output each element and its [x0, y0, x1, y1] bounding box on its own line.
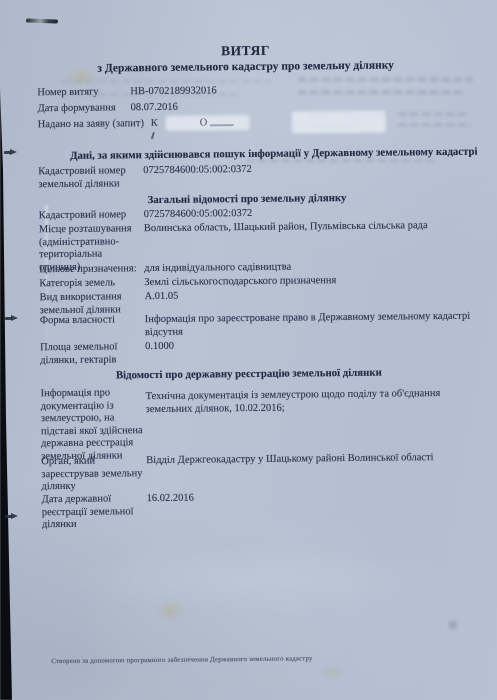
field-label: Кадастровий номер: [39, 209, 142, 223]
field-value: 0725784600:05:002:0372: [143, 162, 475, 178]
field-value: Відділ Держгеокадастру у Шацькому районі…: [146, 452, 478, 468]
field-label: Форма власності: [40, 314, 143, 328]
meta-fields: Номер витягу НВ-0702189932016 Дата форму…: [37, 83, 477, 136]
redacted-name-fragment: О: [200, 117, 208, 130]
field-value: НВ-0702189932016: [130, 85, 217, 102]
field-label: Кадастровий номер земельної ділянки: [38, 165, 141, 191]
field-value: 0.1000: [145, 338, 477, 354]
document-content: ВИТЯГ з Державного земельного кадастру п…: [0, 0, 497, 700]
field-value: Волинська область, Шацький район, Пульмі…: [144, 220, 476, 236]
redaction-scribble: [210, 124, 234, 126]
field-value: А.01.05: [144, 288, 476, 304]
redaction-patch: [292, 111, 386, 134]
field-label: Дата формування: [38, 102, 131, 119]
field-label: Площа земельної ділянки, гектарів: [40, 341, 143, 367]
field-label: Цільове призначення:: [39, 263, 149, 277]
document-subtitle: з Державного земельного кадастру про зем…: [0, 58, 494, 76]
section-heading-search-data: Дані, за якими здійснювався пошук інформ…: [70, 146, 478, 163]
photo-of-document: ВИТЯГ з Державного земельного кадастру п…: [0, 0, 497, 700]
redacted-name-fragment: К: [151, 118, 158, 131]
section-heading-state-registration: Відомості про державну реєстрацію земель…: [0, 365, 497, 383]
field-row-cadastral-number-search: Кадастровий номер земельної ділянки 0725…: [38, 162, 478, 167]
field-label: Дата державної реєстрації земельної діля…: [42, 493, 145, 532]
document-title: ВИТЯГ: [0, 42, 494, 60]
field-row-area: Площа земельної ділянки, гектарів 0.1000: [40, 338, 480, 343]
field-row-documentation: Інформація про документацію із землеустр…: [40, 384, 480, 389]
pen-tick-mark: [151, 132, 155, 139]
field-label: Номер витягу: [37, 86, 130, 103]
field-label: Інформація про документацію із землеустр…: [40, 387, 144, 463]
field-label: Категорія земель: [39, 277, 142, 291]
field-value: Інформація про зареєстроване право в Дер…: [145, 311, 477, 339]
field-label: Надано на заяву (запит): [38, 118, 148, 135]
field-label: Орган, який зареєстрував земельну ділянк…: [41, 455, 144, 494]
field-value: 16.02.2016: [147, 490, 479, 506]
field-row-applicant: Надано на заяву (запит) К О: [38, 115, 478, 136]
field-value: Технічна документація із землеустрою щод…: [146, 388, 478, 416]
footer-note: Створено за допомогою програмного забезп…: [51, 653, 312, 668]
